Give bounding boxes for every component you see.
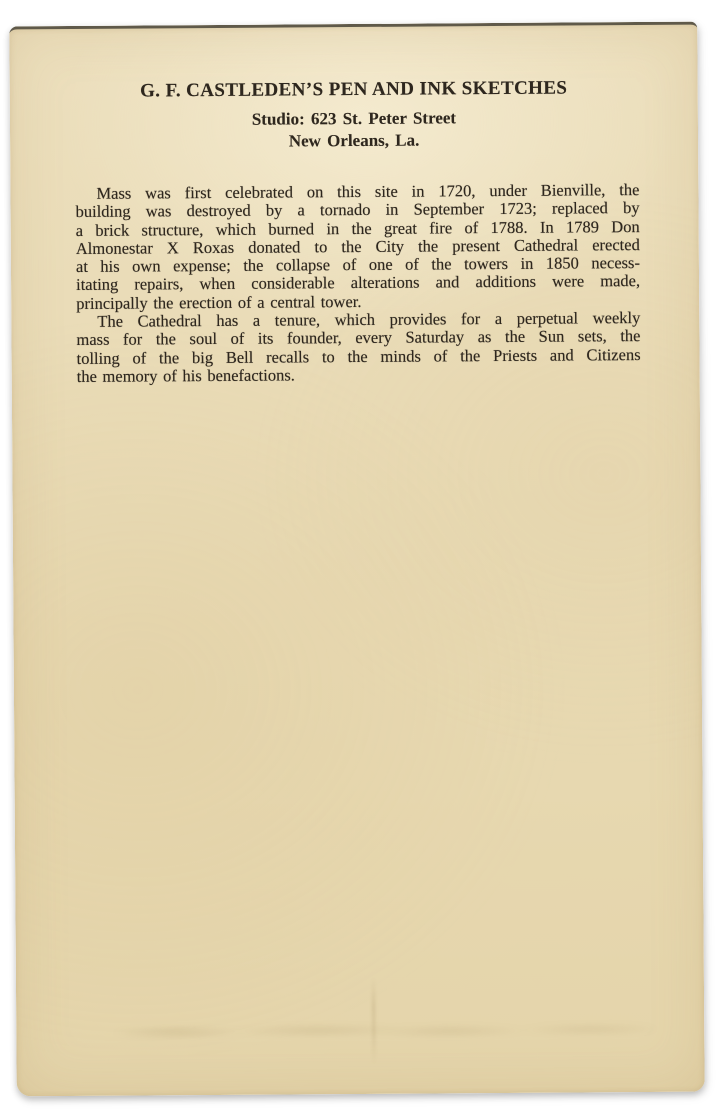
paragraph: Mass was first celebrated on this site i… (75, 181, 640, 313)
ink-showthrough-smudge (111, 1021, 656, 1041)
city-state-line: New Orleans, La. (10, 128, 698, 155)
postcard-back: G. F. CASTLEDEN’S PEN AND INK SKETCHES S… (9, 22, 704, 1097)
paragraph: The Cathedral has a tenure, which provid… (76, 309, 640, 386)
body-text: Mass was first celebrated on this site i… (75, 181, 640, 386)
studio-address: Studio: 623 St. Peter Street New Orleans… (10, 106, 698, 155)
page-title: G. F. CASTLEDEN’S PEN AND INK SKETCHES (10, 75, 698, 106)
text-line: tolling of the big Bell recalls to the m… (77, 346, 641, 368)
text-line: the memory of his benefactions. (77, 364, 641, 386)
paper-streak-mark (372, 977, 376, 1065)
postcard-header: G. F. CASTLEDEN’S PEN AND INK SKETCHES S… (10, 75, 699, 155)
scanned-postcard-page: G. F. CASTLEDEN’S PEN AND INK SKETCHES S… (0, 0, 720, 1113)
